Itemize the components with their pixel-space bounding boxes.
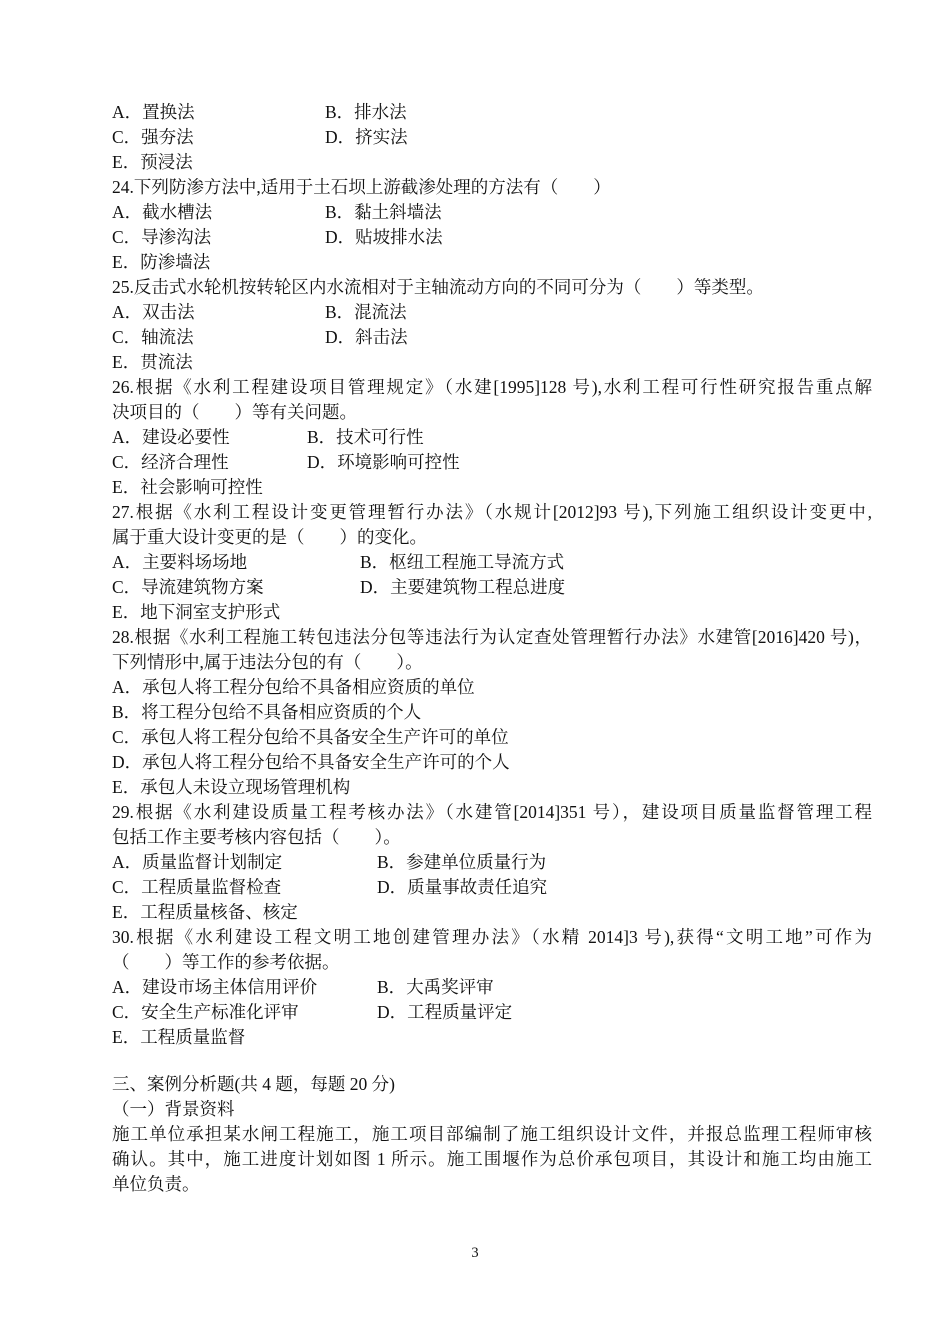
option-cell: C．经济合理性 xyxy=(112,450,307,475)
option-row: E．贯流法 xyxy=(112,350,872,375)
option-cell: D．主要建筑物工程总进度 xyxy=(360,575,565,600)
option-row: C．经济合理性D．环境影响可控性 xyxy=(112,450,872,475)
option-cell: A．质量监督计划制定 xyxy=(112,850,377,875)
question-stem: 30.根据《水利建设工程文明工地创建管理办法》（水精 2014]3 号),获得“… xyxy=(112,925,872,950)
exam-page: A．置换法B．排水法C．强夯法D．挤实法E．预浸法24.下列防渗方法中,适用于土… xyxy=(0,0,950,1344)
option-cell: C．工程质量监督检查 xyxy=(112,875,377,900)
option-cell: A．置换法 xyxy=(112,100,325,125)
option-row: C．强夯法D．挤实法 xyxy=(112,125,872,150)
question-stem: 28.根据《水利工程施工转包违法分包等违法行为认定查处管理暂行办法》水建管[20… xyxy=(112,625,872,650)
option-cell: D．贴坡排水法 xyxy=(325,225,443,250)
option-row: A．建设市场主体信用评价B．大禹奖评审 xyxy=(112,975,872,1000)
option-row: A．截水槽法B．黏土斜墙法 xyxy=(112,200,872,225)
option-row: E．地下洞室支护形式 xyxy=(112,600,872,625)
option-cell: C．导流建筑物方案 xyxy=(112,575,360,600)
option-cell: B．技术可行性 xyxy=(307,425,424,450)
question-stem: 27.根据《水利工程设计变更管理暂行办法》（水规计[2012]93 号),下列施… xyxy=(112,500,872,525)
option-cell: C．强夯法 xyxy=(112,125,325,150)
option-cell: B．枢纽工程施工导流方式 xyxy=(360,550,564,575)
option-row: E．社会影响可控性 xyxy=(112,475,872,500)
paragraph-line: 确认。其中，施工进度计划如图 1 所示。施工围堰作为总价承包项目，其设计和施工均… xyxy=(112,1147,872,1172)
subsection-heading: （一）背景资料 xyxy=(112,1097,872,1122)
option-cell: D．环境影响可控性 xyxy=(307,450,460,475)
page-number: 3 xyxy=(0,1241,950,1266)
question-stem-continued: 包括工作主要考核内容包括（ ）。 xyxy=(112,825,872,850)
option-cell: B．参建单位质量行为 xyxy=(377,850,546,875)
question-stem: 25.反击式水轮机按转轮区内水流相对于主轴流动方向的不同可分为（ ）等类型。 xyxy=(112,275,872,300)
option-cell: B．大禹奖评审 xyxy=(377,975,494,1000)
option-row: C．承包人将工程分包给不具备安全生产许可的单位 xyxy=(112,725,872,750)
option-row: A．主要料场场地B．枢纽工程施工导流方式 xyxy=(112,550,872,575)
option-cell: B．黏土斜墙法 xyxy=(325,200,442,225)
option-row: A．双击法B．混流法 xyxy=(112,300,872,325)
option-cell: C．安全生产标准化评审 xyxy=(112,1000,377,1025)
option-cell: A．截水槽法 xyxy=(112,200,325,225)
option-row: A．置换法B．排水法 xyxy=(112,100,872,125)
option-cell: D．工程质量评定 xyxy=(377,1000,512,1025)
option-cell: D．挤实法 xyxy=(325,125,408,150)
option-row: E．预浸法 xyxy=(112,150,872,175)
option-row: C．导流建筑物方案D．主要建筑物工程总进度 xyxy=(112,575,872,600)
option-row: E．防渗墙法 xyxy=(112,250,872,275)
question-stem: 29.根据《水利建设质量工程考核办法》（水建管[2014]351 号），建设项目… xyxy=(112,800,872,825)
option-cell: D．斜击法 xyxy=(325,325,408,350)
question-stem: 24.下列防渗方法中,适用于土石坝上游截渗处理的方法有（ ） xyxy=(112,175,872,200)
option-cell: C．导渗沟法 xyxy=(112,225,325,250)
option-cell: A．双击法 xyxy=(112,300,325,325)
option-row: C．轴流法D．斜击法 xyxy=(112,325,872,350)
option-cell: C．轴流法 xyxy=(112,325,325,350)
option-row: E．工程质量监督 xyxy=(112,1025,872,1050)
question-stem: 26.根据《水利工程建设项目管理规定》（水建[1995]128 号),水利工程可… xyxy=(112,375,872,400)
option-cell: A．主要料场场地 xyxy=(112,550,360,575)
option-cell: B．混流法 xyxy=(325,300,407,325)
option-row: D．承包人将工程分包给不具备安全生产许可的个人 xyxy=(112,750,872,775)
option-row: C．工程质量监督检查D．质量事故责任追究 xyxy=(112,875,872,900)
section-heading: 三、案例分析题(共 4 题，每题 20 分) xyxy=(112,1072,872,1097)
option-cell: B．排水法 xyxy=(325,100,407,125)
paragraph-line: 单位负责。 xyxy=(112,1172,872,1197)
question-stem-continued: 决项目的（ ）等有关问题。 xyxy=(112,400,872,425)
paragraph-line: 施工单位承担某水闸工程施工，施工项目部编制了施工组织设计文件，并报总监理工程师审… xyxy=(112,1122,872,1147)
option-row: A．建设必要性B．技术可行性 xyxy=(112,425,872,450)
option-row: A．承包人将工程分包给不具备相应资质的单位 xyxy=(112,675,872,700)
question-stem-continued: （ ）等工作的参考依据。 xyxy=(112,950,872,975)
option-cell: D．质量事故责任追究 xyxy=(377,875,547,900)
option-row: E．工程质量核备、核定 xyxy=(112,900,872,925)
option-row: C．导渗沟法D．贴坡排水法 xyxy=(112,225,872,250)
option-row: E．承包人未设立现场管理机构 xyxy=(112,775,872,800)
option-cell: A．建设市场主体信用评价 xyxy=(112,975,377,1000)
question-stem-continued: 下列情形中,属于违法分包的有（ ）。 xyxy=(112,650,872,675)
option-row: A．质量监督计划制定B．参建单位质量行为 xyxy=(112,850,872,875)
option-row: C．安全生产标准化评审D．工程质量评定 xyxy=(112,1000,872,1025)
option-cell: A．建设必要性 xyxy=(112,425,307,450)
option-row: B．将工程分包给不具备相应资质的个人 xyxy=(112,700,872,725)
question-stem-continued: 属于重大设计变更的是（ ）的变化。 xyxy=(112,525,872,550)
